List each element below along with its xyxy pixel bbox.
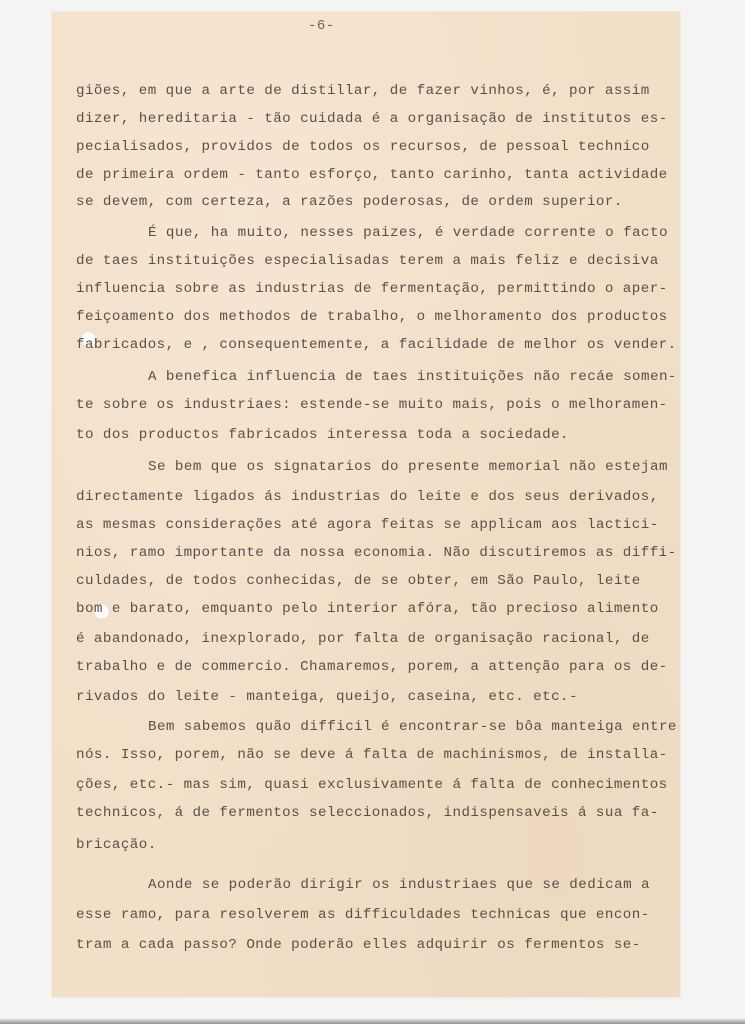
- text-line: culdades, de todos conhecidas, de se obt…: [76, 572, 641, 590]
- text-line: bricação.: [76, 836, 157, 854]
- text-line: é abandonado, inexplorado, por falta de …: [76, 630, 650, 648]
- text-line: pecialisados, providos de todos os recur…: [76, 138, 650, 156]
- text-line: giões, em que a arte de distillar, de fa…: [76, 82, 650, 100]
- text-line: te sobre os industriaes: estende-se muit…: [76, 396, 668, 414]
- text-line: de taes instituições especialisadas tere…: [76, 252, 659, 270]
- scanner-edge-shadow: [0, 1018, 745, 1024]
- text-line: tram a cada passo? Onde poderão elles ad…: [76, 936, 641, 954]
- text-line: A benefica influencia de taes instituiçõ…: [76, 368, 677, 386]
- text-line: Se bem que os signatarios do presente me…: [76, 458, 668, 476]
- text-line: dizer, hereditaria - tão cuidada é a org…: [76, 110, 668, 128]
- text-line: ções, etc.- mas sim, quasi exclusivament…: [76, 776, 668, 794]
- typewritten-page: -6- giões, em que a arte de distillar, d…: [52, 12, 680, 997]
- text-line: É que, ha muito, nesses paizes, é verdad…: [76, 224, 668, 242]
- text-line: nios, ramo importante da nossa economia.…: [76, 544, 677, 562]
- text-line: to dos productos fabricados interessa to…: [76, 426, 569, 444]
- text-line: trabalho e de commercio. Chamaremos, por…: [76, 658, 668, 676]
- text-line: influencia sobre as industrias de fermen…: [76, 280, 668, 298]
- text-line: Aonde se poderão dirigir os industriaes …: [76, 876, 650, 894]
- text-line: directamente ligados ás industrias do le…: [76, 488, 659, 506]
- text-line: technicos, á de fermentos seleccionados,…: [76, 804, 659, 822]
- text-line: feiçoamento dos methodos de trabalho, o …: [76, 308, 668, 326]
- page-number: -6-: [308, 18, 335, 34]
- text-line: de primeira ordem - tanto esforço, tanto…: [76, 166, 668, 184]
- text-line: rivados do leite - manteiga, queijo, cas…: [76, 688, 578, 706]
- text-line: fabricados, e , consequentemente, a faci…: [76, 336, 677, 354]
- text-line: as mesmas considerações até agora feitas…: [76, 516, 659, 534]
- text-line: Bem sabemos quão difficil é encontrar-se…: [76, 718, 677, 736]
- text-line: nós. Isso, porem, não se deve á falta de…: [76, 746, 668, 764]
- text-line: se devem, com certeza, a razões poderosa…: [76, 193, 623, 211]
- text-line: bom e barato, emquanto pelo interior afó…: [76, 600, 659, 618]
- text-line: esse ramo, para resolverem as difficulda…: [76, 906, 650, 924]
